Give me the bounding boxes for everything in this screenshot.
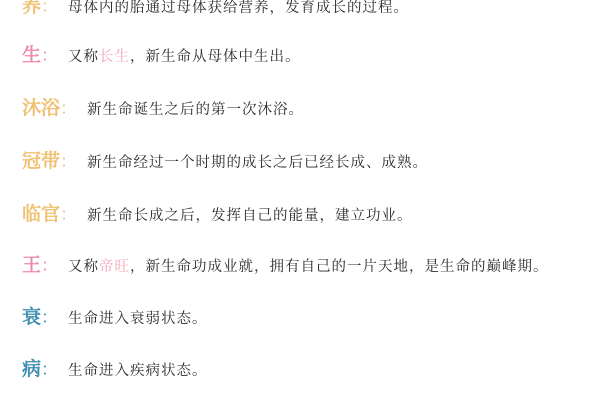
colon: ： xyxy=(41,355,58,380)
description-text: ，新生命功成业就，拥有自己的一片天地，是生命的巅峰期。 xyxy=(130,259,549,275)
stage-description: 新生命经过一个时期的成长之后已经长成、成熟。 xyxy=(87,151,428,172)
alias-highlight: 长生 xyxy=(99,49,130,65)
stage-term: 冠带 xyxy=(22,146,60,173)
stage-description: 新生命长成之后，发挥自己的能量，建立功业。 xyxy=(87,204,413,225)
description-text: ，新生命从母体中生出。 xyxy=(130,49,301,65)
alias-prefix: 又称 xyxy=(68,49,99,65)
colon: ： xyxy=(41,303,58,328)
stage-entry: 王 ： 又称帝旺，新生命功成业就，拥有自己的一片天地，是生命的巅峰期。 xyxy=(22,250,549,277)
colon: ： xyxy=(41,41,58,66)
stage-entry: 病 ： 生命进入疾病状态。 xyxy=(22,354,208,381)
stage-entry: 冠带 ： 新生命经过一个时期的成长之后已经长成、成熟。 xyxy=(22,146,428,173)
stage-description: 又称长生，新生命从母体中生出。 xyxy=(68,45,301,66)
stage-entry: 养 ： 母体内的胎通过母体获给营养，发育成长的过程。 xyxy=(22,0,409,18)
colon: ： xyxy=(60,200,77,225)
stage-entry: 衰 ： 生命进入衰弱状态。 xyxy=(22,302,208,329)
stage-term: 沐浴 xyxy=(22,93,60,120)
colon: ： xyxy=(41,0,58,17)
colon: ： xyxy=(60,147,77,172)
colon: ： xyxy=(41,251,58,276)
stage-term: 王 xyxy=(22,250,41,277)
stage-description: 生命进入疾病状态。 xyxy=(68,359,208,380)
description-text: 新生命长成之后，发挥自己的能量，建立功业。 xyxy=(87,208,413,224)
stage-entry: 沐浴 ： 新生命诞生之后的第一次沐浴。 xyxy=(22,93,304,120)
stage-term: 养 xyxy=(22,0,41,18)
stage-description: 新生命诞生之后的第一次沐浴。 xyxy=(87,98,304,119)
stage-description: 母体内的胎通过母体获给营养，发育成长的过程。 xyxy=(68,0,409,17)
description-text: 生命进入疾病状态。 xyxy=(68,363,208,379)
description-text: 新生命经过一个时期的成长之后已经长成、成熟。 xyxy=(87,155,428,171)
stage-term: 病 xyxy=(22,354,41,381)
description-text: 母体内的胎通过母体获给营养，发育成长的过程。 xyxy=(68,0,409,16)
stage-description: 生命进入衰弱状态。 xyxy=(68,307,208,328)
alias-highlight: 帝旺 xyxy=(99,259,130,275)
stage-entry: 生 ： 又称长生，新生命从母体中生出。 xyxy=(22,40,301,67)
stage-description: 又称帝旺，新生命功成业就，拥有自己的一片天地，是生命的巅峰期。 xyxy=(68,255,549,276)
stage-term: 临官 xyxy=(22,199,60,226)
stage-entry: 临官 ： 新生命长成之后，发挥自己的能量，建立功业。 xyxy=(22,199,413,226)
description-text: 生命进入衰弱状态。 xyxy=(68,311,208,327)
stage-term: 衰 xyxy=(22,302,41,329)
colon: ： xyxy=(60,94,77,119)
description-text: 新生命诞生之后的第一次沐浴。 xyxy=(87,102,304,118)
alias-prefix: 又称 xyxy=(68,259,99,275)
stage-term: 生 xyxy=(22,40,41,67)
